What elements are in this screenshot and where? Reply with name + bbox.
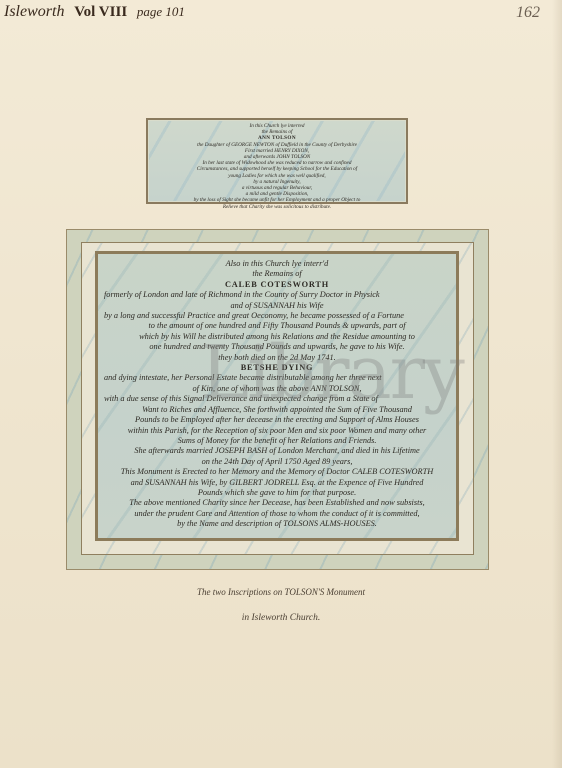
large-line: and SUSANNAH his Wife, by GILBERT JODREL… [102,478,452,488]
small-inscription-text: In this Church lye interred the Remains … [152,123,402,210]
large-line: CALEB COTESWORTH [102,280,452,290]
large-line: within this Parish, for the Reception of… [102,426,452,436]
header-volume: Vol VIII [74,4,127,20]
large-line: to the amount of one hundred and Fifty T… [102,321,452,331]
folio-number: 162 [516,4,540,22]
large-inscription-frame: Also in this Church lye interr'd the Rem… [66,229,489,570]
large-line: and of SUSANNAH his Wife [102,301,452,311]
large-line: She afterwards married JOSEPH BASH of Lo… [102,446,452,456]
large-line: This Monument is Erected to her Memory a… [102,467,452,477]
large-line: which by his Will he distributed among h… [102,332,452,342]
large-line: on the 24th Day of April 1750 Aged 89 ye… [102,457,452,467]
frame-inner-border: Also in this Church lye interr'd the Rem… [81,242,474,555]
large-line: by a long and successful Practice and gr… [102,311,452,321]
page-header: Isleworth Vol VIII page 101 [4,3,185,21]
page-edge-shadow [552,0,562,768]
large-line: under the prudent Care and Attention of … [102,509,452,519]
header-page-ref: page 101 [137,4,185,19]
large-line: Pounds to be Employed after her decease … [102,415,452,425]
large-line: The above mentioned Charity since her De… [102,498,452,508]
large-inscription-panel: Also in this Church lye interr'd the Rem… [95,251,459,541]
large-line: Sums of Money for the benefit of her Rel… [102,436,452,446]
large-line: BETSHE DYING [102,363,452,373]
large-line: Pounds which she gave to him for that pu… [102,488,452,498]
large-inscription-text: Also in this Church lye interr'd the Rem… [102,259,452,530]
large-line: formerly of London and late of Richmond … [102,290,452,300]
large-line: with a due sense of this Signal Delivera… [102,394,452,404]
large-line: of Kin, one of whom was the above ANN TO… [102,384,452,394]
large-line: they both died on the 2d May 1741. [102,353,452,363]
large-line: by the Name and description of TOLSONS A… [102,519,452,529]
large-line: Want to Riches and Affluence, She forthw… [102,405,452,415]
large-line: one hundred and twenty Thousand Pounds a… [102,342,452,352]
header-place: Isleworth [4,3,64,20]
large-line: the Remains of [102,269,452,279]
small-line: Relieve that Charity she was solicitous … [152,204,402,210]
caption-line-1: The two Inscriptions on TOLSON'S Monumen… [0,587,562,597]
large-line: and dying intestate, her Personal Estate… [102,373,452,383]
caption-line-2: in Isleworth Church. [0,613,562,623]
small-inscription-tablet: In this Church lye interred the Remains … [146,118,408,204]
large-line: Also in this Church lye interr'd [102,259,452,269]
